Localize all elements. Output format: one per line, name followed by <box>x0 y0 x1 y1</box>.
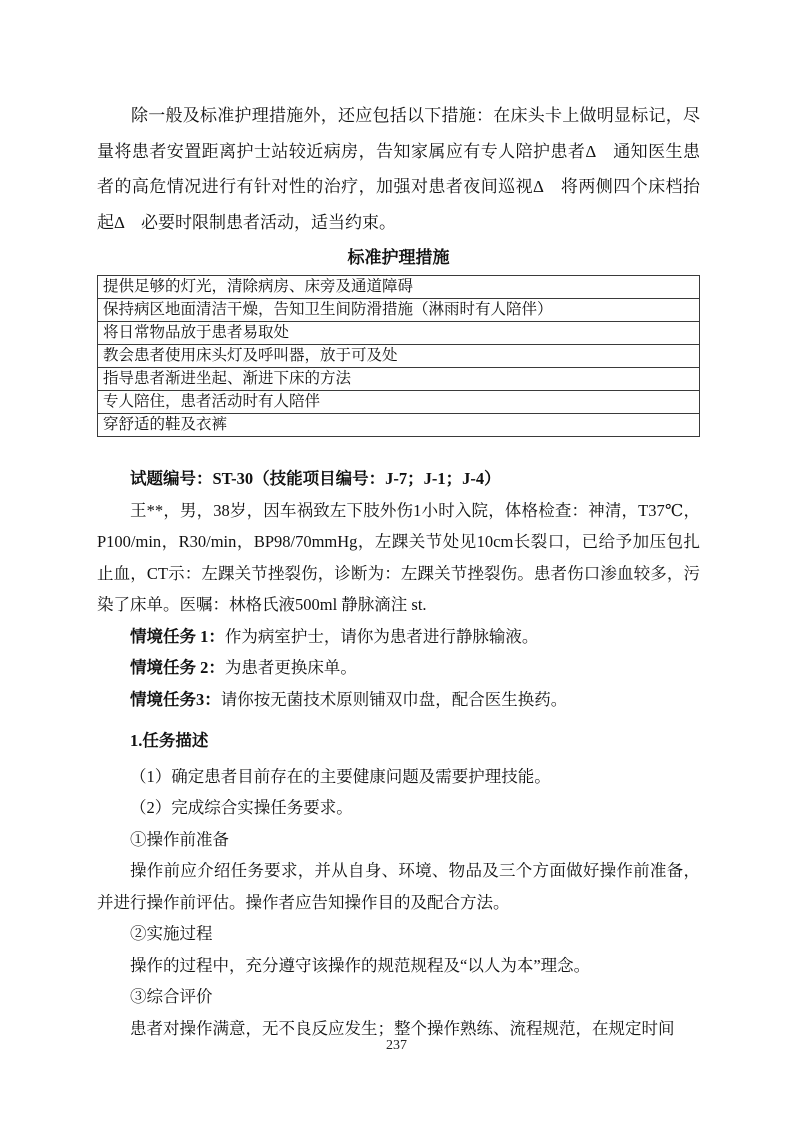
exam-title: 试题编号：ST-30（技能项目编号：J-7；J-1；J-4） <box>97 463 700 495</box>
care-table-body: 提供足够的灯光，清除病房、床旁及通道障碍 保持病区地面清洁干燥，告知卫生间防滑措… <box>98 276 700 437</box>
table-cell: 专人陪住，患者活动时有人陪伴 <box>98 391 700 414</box>
page-number: 237 <box>0 1038 793 1054</box>
table-cell: 教会患者使用床头灯及呼叫器，放于可及处 <box>98 345 700 368</box>
care-table-title: 标准护理措施 <box>97 246 700 270</box>
care-table: 提供足够的灯光，清除病房、床旁及通道障碍 保持病区地面清洁干燥，告知卫生间防滑措… <box>97 275 700 437</box>
subsection-body-preparation: 操作前应介绍任务要求，并从自身、环境、物品及三个方面做好操作前准备，并进行操作前… <box>97 855 700 918</box>
scenario-task-2: 情境任务 2：为患者更换床单。 <box>97 652 700 684</box>
table-row: 专人陪住，患者活动时有人陪伴 <box>98 391 700 414</box>
task-2-text: 为患者更换床单。 <box>225 658 357 677</box>
table-cell: 保持病区地面清洁干燥，告知卫生间防滑措施（淋雨时有人陪伴） <box>98 299 700 322</box>
subsection-body-implementation: 操作的过程中，充分遵守该操作的规范规程及“以人为本”理念。 <box>97 950 700 982</box>
task-2-label: 情境任务 2： <box>130 658 225 677</box>
task-1-label: 情境任务 1： <box>130 627 225 646</box>
table-cell: 指导患者渐进坐起、渐进下床的方法 <box>98 368 700 391</box>
task-1-text: 作为病室护士，请你为患者进行静脉输液。 <box>225 627 539 646</box>
subsection-heading-implementation: ②实施过程 <box>97 918 700 950</box>
table-cell: 提供足够的灯光，清除病房、床旁及通道障碍 <box>98 276 700 299</box>
table-row: 提供足够的灯光，清除病房、床旁及通道障碍 <box>98 276 700 299</box>
task-item-1: （1）确定患者目前存在的主要健康问题及需要护理技能。 <box>97 761 700 793</box>
task-3-label: 情境任务3： <box>130 690 221 709</box>
scenario-task-3: 情境任务3：请你按无菌技术原则铺双巾盘，配合医生换药。 <box>97 684 700 716</box>
table-row: 将日常物品放于患者易取处 <box>98 322 700 345</box>
table-row: 穿舒适的鞋及衣裤 <box>98 414 700 437</box>
intro-paragraph: 除一般及标准护理措施外，还应包括以下措施：在床头卡上做明显标记，尽量将患者安置距… <box>97 98 700 240</box>
table-cell: 穿舒适的鞋及衣裤 <box>98 414 700 437</box>
document-page: 除一般及标准护理措施外，还应包括以下措施：在床头卡上做明显标记，尽量将患者安置距… <box>0 0 793 1122</box>
task-item-2: （2）完成综合实操任务要求。 <box>97 792 700 824</box>
task-3-text: 请你按无菌技术原则铺双巾盘，配合医生换药。 <box>221 690 568 709</box>
case-paragraph: 王**，男，38岁，因车祸致左下肢外伤1小时入院，体格检查：神清，T37℃，P1… <box>97 495 700 621</box>
table-row: 保持病区地面清洁干燥，告知卫生间防滑措施（淋雨时有人陪伴） <box>98 299 700 322</box>
scenario-task-1: 情境任务 1：作为病室护士，请你为患者进行静脉输液。 <box>97 621 700 653</box>
table-row: 指导患者渐进坐起、渐进下床的方法 <box>98 368 700 391</box>
subsection-heading-evaluation: ③综合评价 <box>97 981 700 1013</box>
task-description-heading: 1.任务描述 <box>97 725 700 757</box>
table-row: 教会患者使用床头灯及呼叫器，放于可及处 <box>98 345 700 368</box>
subsection-heading-preparation: ①操作前准备 <box>97 824 700 856</box>
table-cell: 将日常物品放于患者易取处 <box>98 322 700 345</box>
